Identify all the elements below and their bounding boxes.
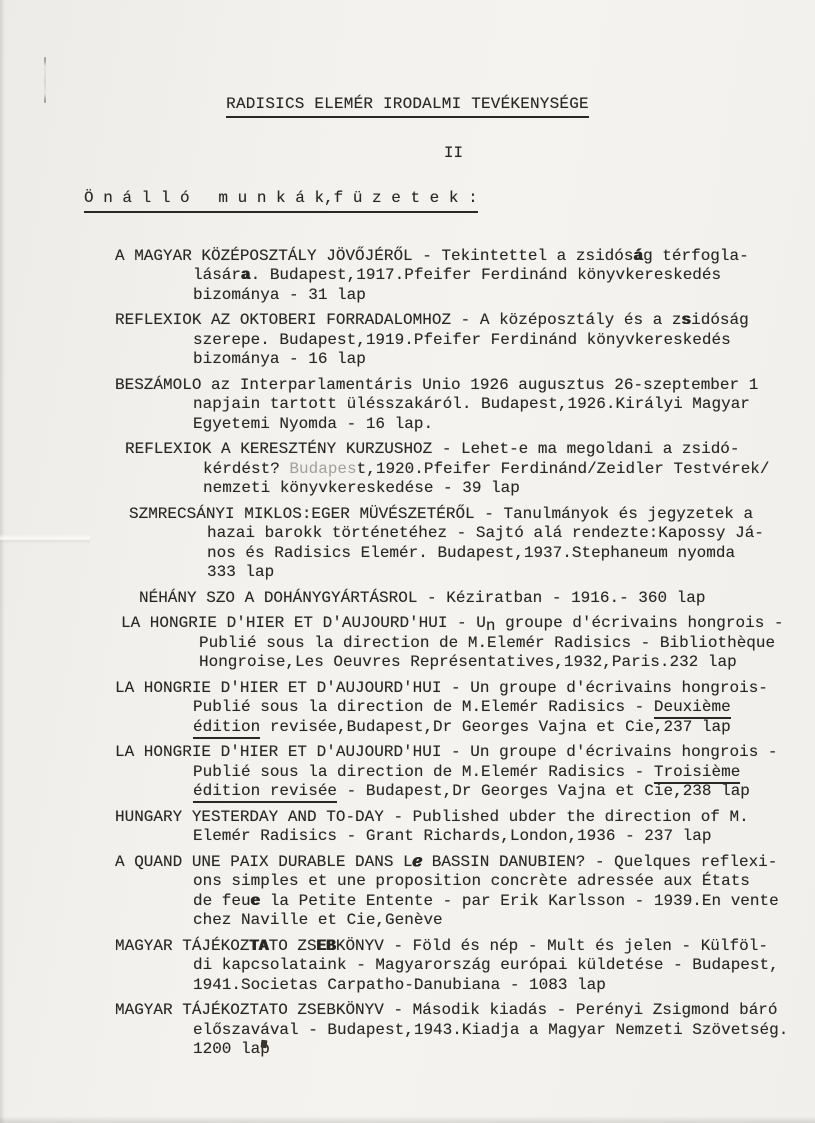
text-segment: 333 lap bbox=[207, 563, 274, 581]
entry-line: Publié sous la direction de M.Elemér Rad… bbox=[199, 634, 807, 654]
text-segment: REFLEXIOK AZ OKTOBERI FORRADALOMHOZ - A … bbox=[115, 311, 682, 329]
entry-line: REFLEXIOK AZ OKTOBERI FORRADALOMHOZ - A … bbox=[115, 311, 807, 331]
entry-line: 1200 lap bbox=[193, 1040, 807, 1060]
text-segment: idóság bbox=[691, 311, 749, 329]
text-segment: - Budapest,Dr Georges Vajna et Cie,238 l… bbox=[337, 782, 750, 800]
text-segment: NÉHÁNY SZO A DOHÁNYGYÁRTÁSROL - Kéziratb… bbox=[139, 589, 706, 607]
text-segment: bizománya - 16 lap bbox=[193, 350, 366, 368]
ink-speck bbox=[261, 1040, 268, 1049]
entry-line: nos és Radisics Elemér. Budapest,1937.St… bbox=[207, 544, 807, 564]
text-segment: LA HONGRIE D'HIER ET D'AUJOURD'HUI - U bbox=[121, 614, 486, 632]
text-segment: groupe d'écrivains hongrois - bbox=[495, 614, 783, 632]
text-segment: n bbox=[486, 617, 496, 637]
entry-line: LA HONGRIE D'HIER ET D'AUJOURD'HUI - Un … bbox=[115, 679, 807, 699]
text-segment: LA HONGRIE D'HIER ET D'AUJOURD'HUI - Un … bbox=[115, 679, 768, 697]
bibliography-entry: MAGYAR TÁJÉKOZTATO ZSEBKÖNYV - Föld és n… bbox=[115, 937, 807, 996]
entry-line: SZMRECSÁNYI MIKLOS:EGER MÜVÉSZETÉRŐL - T… bbox=[129, 505, 807, 525]
entry-line: napjain tartott ülésszakáról. Budapest,1… bbox=[193, 395, 807, 415]
bibliography-entry: REFLEXIOK AZ OKTOBERI FORRADALOMHOZ - A … bbox=[115, 311, 807, 370]
text-segment: ons simples et une proposition concrète … bbox=[193, 872, 750, 890]
entry-line: előszavával - Budapest,1943.Kiadja a Mag… bbox=[193, 1021, 807, 1041]
text-segment: édition bbox=[193, 718, 260, 739]
text-segment: 1200 lap bbox=[193, 1040, 270, 1058]
entry-line: bizománya - 31 lap bbox=[193, 286, 807, 306]
entry-line: 333 lap bbox=[207, 563, 807, 583]
entry-line: chez Naville et Cie,Genève bbox=[193, 911, 807, 931]
text-segment: MAGYAR TÁJÉKOZTATO ZSEBKÖNYV - Második k… bbox=[115, 1001, 778, 1019]
text-segment: di kapcsolataink - Magyarország európai … bbox=[193, 956, 779, 974]
entry-line: 1941.Societas Carpatho-Danubiana - 1083 … bbox=[193, 976, 807, 996]
bibliography-entry: NÉHÁNY SZO A DOHÁNYGYÁRTÁSROL - Kéziratb… bbox=[139, 589, 807, 609]
entry-line: Publié sous la direction de M.Elemér Rad… bbox=[193, 698, 807, 718]
text-segment: Elemér Radisics - Grant Richards,London,… bbox=[193, 827, 711, 845]
entry-line: LA HONGRIE D'HIER ET D'AUJOURD'HUI - Un … bbox=[115, 743, 807, 763]
paper-crease bbox=[0, 534, 90, 544]
text-segment: BESZÁMOLO az Interparlamentáris Unio 192… bbox=[115, 376, 758, 394]
entry-line: nemzeti könyvkereskedése - 39 lap bbox=[203, 479, 807, 499]
text-segment: TO ZS bbox=[269, 937, 317, 955]
text-segment: LA HONGRIE D'HIER ET D'AUJOURD'HUI - Un … bbox=[115, 743, 778, 761]
paper-scratch-mark bbox=[44, 57, 46, 103]
text-segment: BASSIN DANUBIEN? - Quelques reflexi- bbox=[422, 853, 777, 871]
text-segment: 1941.Societas Carpatho-Danubiana - 1083 … bbox=[193, 976, 606, 994]
text-segment: édition revisée bbox=[193, 782, 337, 803]
bibliography-entry: HUNGARY YESTERDAY AND TO-DAY - Published… bbox=[115, 808, 807, 847]
entry-line: A MAGYAR KÖZÉPOSZTÁLY JÖVŐJÉRŐL - Tekint… bbox=[115, 247, 807, 267]
entry-line: lására. Budapest,1917.Pfeifer Ferdinánd … bbox=[193, 266, 807, 286]
text-segment: KÖNYV - Föld és nép - Mult és jelen - Kü… bbox=[336, 937, 768, 955]
text-segment: hazai barokk történetéhez - Sajtó alá re… bbox=[207, 524, 764, 542]
text-segment: szerepe. Budapest,1919.Pfeifer Ferdinánd… bbox=[193, 331, 731, 349]
bibliography-entry: REFLEXIOK A KERESZTÉNY KURZUSHOZ - Lehet… bbox=[125, 440, 807, 499]
text-segment: A QUAND UNE PAIX DURABLE DANS L bbox=[115, 853, 413, 871]
text-segment: chez Naville et Cie,Genève bbox=[193, 911, 443, 929]
bibliography-entry: A QUAND UNE PAIX DURABLE DANS Lℯ BASSIN … bbox=[115, 853, 807, 931]
title-block: RADISICS ELEMÉR IRODALMI TEVÉKENYSÉGE bbox=[0, 0, 815, 118]
text-segment: bizománya - 31 lap bbox=[193, 286, 366, 304]
bibliography-entry: BESZÁMOLO az Interparlamentáris Unio 192… bbox=[115, 376, 807, 435]
entry-line: Elemér Radisics - Grant Richards,London,… bbox=[193, 827, 807, 847]
text-segment: A MAGYAR KÖZÉPOSZTÁLY JÖVŐJÉRŐL - Tekint… bbox=[115, 247, 633, 265]
text-segment: t,1920.Pfeifer Ferdinánd/Zeidler Testvér… bbox=[357, 460, 770, 478]
text-segment: la Petite Entente - par Erik Karlsson - … bbox=[260, 892, 778, 910]
text-segment: . Budapest,1917.Pfeifer Ferdinánd könyvk… bbox=[251, 266, 721, 284]
entry-line: kérdést? Budapest,1920.Pfeifer Ferdinánd… bbox=[203, 460, 807, 480]
entry-line: di kapcsolataink - Magyarország európai … bbox=[193, 956, 807, 976]
entry-line: BESZÁMOLO az Interparlamentáris Unio 192… bbox=[115, 376, 807, 396]
bibliography-entry: MAGYAR TÁJÉKOZTATO ZSEBKÖNYV - Második k… bbox=[115, 1001, 807, 1060]
part-number: II bbox=[46, 144, 815, 164]
text-segment: napjain tartott ülésszakáról. Budapest,1… bbox=[193, 395, 750, 413]
document-title: RADISICS ELEMÉR IRODALMI TEVÉKENYSÉGE bbox=[226, 95, 589, 118]
text-segment: MAGYAR TÁJÉKOZ bbox=[115, 937, 249, 955]
entry-line: LA HONGRIE D'HIER ET D'AUJOURD'HUI - Un … bbox=[121, 614, 807, 634]
text-segment: SZMRECSÁNYI MIKLOS:EGER MÜVÉSZETÉRŐL - T… bbox=[129, 505, 753, 523]
entry-line: bizománya - 16 lap bbox=[193, 350, 807, 370]
entry-line: ons simples et une proposition concrète … bbox=[193, 872, 807, 892]
text-segment: e bbox=[251, 892, 261, 910]
text-segment: TA bbox=[249, 937, 268, 955]
bibliography-entry: LA HONGRIE D'HIER ET D'AUJOURD'HUI - Un … bbox=[115, 679, 807, 738]
text-segment: Deuxième bbox=[654, 698, 731, 719]
entry-line: HUNGARY YESTERDAY AND TO-DAY - Published… bbox=[115, 808, 807, 828]
entry-line: Hongroise,Les Oeuvres Représentatives,19… bbox=[199, 653, 807, 673]
bibliography-entry: LA HONGRIE D'HIER ET D'AUJOURD'HUI - Un … bbox=[121, 614, 807, 673]
text-segment: Publié sous la direction de M.Elemér Rad… bbox=[193, 763, 654, 781]
bibliography-entry: LA HONGRIE D'HIER ET D'AUJOURD'HUI - Un … bbox=[115, 743, 807, 802]
text-segment: Budapes bbox=[289, 460, 356, 478]
text-segment: HUNGARY YESTERDAY AND TO-DAY - Published… bbox=[115, 808, 749, 826]
entry-line: édition revisée,Budapest,Dr Georges Vajn… bbox=[193, 718, 807, 738]
text-segment: Egyetemi Nyomda - 16 lap. bbox=[193, 415, 433, 433]
text-segment: REFLEXIOK A KERESZTÉNY KURZUSHOZ - Lehet… bbox=[125, 440, 740, 458]
scanned-document-page: RADISICS ELEMÉR IRODALMI TEVÉKENYSÉGE II… bbox=[0, 0, 815, 1123]
bibliography-entry: SZMRECSÁNYI MIKLOS:EGER MÜVÉSZETÉRŐL - T… bbox=[129, 505, 807, 583]
text-segment: a bbox=[241, 266, 251, 284]
text-segment: Troisième bbox=[654, 763, 740, 784]
entry-line: Publié sous la direction de M.Elemér Rad… bbox=[193, 763, 807, 783]
text-segment: revisée,Budapest,Dr Georges Vajna et Cie… bbox=[260, 718, 730, 736]
text-segment: kérdést? bbox=[203, 460, 289, 478]
entry-line: édition revisée - Budapest,Dr Georges Va… bbox=[193, 782, 807, 802]
text-segment: Hongroise,Les Oeuvres Représentatives,19… bbox=[199, 653, 737, 671]
section-heading-row: Ö n á l l ó m u n k á k,f ü z e t e k : bbox=[84, 189, 815, 213]
text-segment: Publié sous la direction de M.Elemér Rad… bbox=[193, 698, 654, 716]
entries-list: A MAGYAR KÖZÉPOSZTÁLY JÖVŐJÉRŐL - Tekint… bbox=[115, 247, 807, 1060]
entry-line: A QUAND UNE PAIX DURABLE DANS Lℯ BASSIN … bbox=[115, 853, 807, 873]
text-segment: s bbox=[682, 311, 692, 329]
bibliography-entry: A MAGYAR KÖZÉPOSZTÁLY JÖVŐJÉRŐL - Tekint… bbox=[115, 247, 807, 306]
entry-line: Egyetemi Nyomda - 16 lap. bbox=[193, 415, 807, 435]
text-segment: EB bbox=[317, 937, 336, 955]
text-segment: ℯ bbox=[413, 853, 422, 871]
entry-line: MAGYAR TÁJÉKOZTATO ZSEBKÖNYV - Föld és n… bbox=[115, 937, 807, 957]
text-segment: á bbox=[633, 247, 643, 265]
text-segment: nos és Radisics Elemér. Budapest,1937.St… bbox=[207, 544, 735, 562]
text-segment: nemzeti könyvkereskedése - 39 lap bbox=[203, 479, 520, 497]
text-segment: de feu bbox=[193, 892, 251, 910]
entry-line: hazai barokk történetéhez - Sajtó alá re… bbox=[207, 524, 807, 544]
entry-line: NÉHÁNY SZO A DOHÁNYGYÁRTÁSROL - Kéziratb… bbox=[139, 589, 807, 609]
entry-line: MAGYAR TÁJÉKOZTATO ZSEBKÖNYV - Második k… bbox=[115, 1001, 807, 1021]
text-segment: előszavával - Budapest,1943.Kiadja a Mag… bbox=[193, 1021, 788, 1039]
entry-line: REFLEXIOK A KERESZTÉNY KURZUSHOZ - Lehet… bbox=[125, 440, 807, 460]
text-segment: lásár bbox=[193, 266, 241, 284]
section-heading: Ö n á l l ó m u n k á k,f ü z e t e k : bbox=[84, 189, 478, 213]
entry-line: szerepe. Budapest,1919.Pfeifer Ferdinánd… bbox=[193, 331, 807, 351]
entry-line: de feue la Petite Entente - par Erik Kar… bbox=[193, 892, 807, 912]
text-segment: g térfogla- bbox=[643, 247, 749, 265]
